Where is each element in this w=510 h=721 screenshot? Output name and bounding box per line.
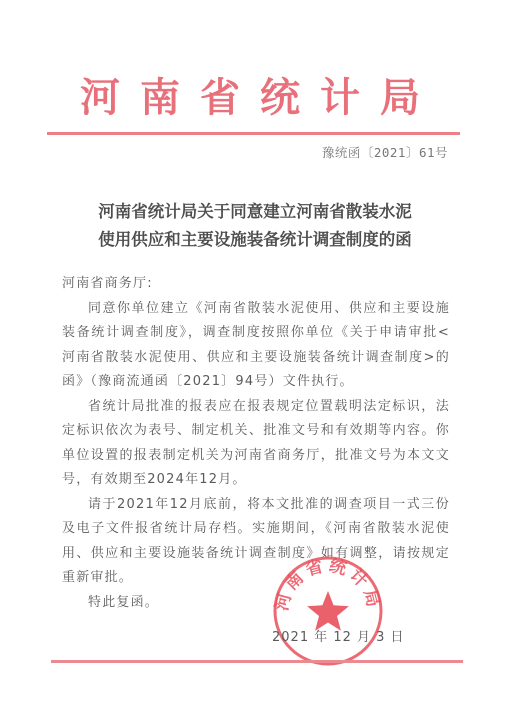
masthead-char: 南 [140, 73, 180, 123]
signature-date: 2021 年 12 月 3 日 [272, 626, 405, 645]
body-paragraph: 省统计局批准的报表应在报表规定位置载明法定标识，法定标识依次为表号、制定机关、批… [62, 395, 450, 493]
header-red-rule [47, 132, 460, 135]
masthead-char: 计 [320, 73, 360, 123]
body-paragraph: 请于2021年12月底前，将本文批准的调查项目一式三份及电子文件报省统计局存档。… [62, 493, 450, 591]
document-number: 豫统函〔2021〕61号 [322, 143, 448, 161]
masthead-char: 局 [380, 73, 420, 123]
title-line-1: 河南省统计局关于同意建立河南省散装水泥 [0, 198, 510, 226]
masthead-char: 统 [260, 73, 300, 123]
document-title: 河南省统计局关于同意建立河南省散装水泥 使用供应和主要设施装备统计调查制度的函 [0, 198, 510, 254]
footer-red-rule [51, 660, 463, 663]
star-icon [307, 591, 349, 631]
body-paragraph: 同意你单位建立《河南省散装水泥使用、供应和主要设施装备统计调查制度》，调查制度按… [62, 297, 450, 395]
salutation: 河南省商务厅: [62, 272, 450, 297]
masthead-char: 省 [200, 73, 240, 123]
closing-line: 特此复函。 [62, 591, 450, 616]
title-line-2: 使用供应和主要设施装备统计调查制度的函 [0, 226, 510, 254]
issuing-authority-masthead: 河 南 省 统 计 局 [80, 73, 420, 123]
masthead-char: 河 [80, 73, 120, 123]
official-seal-icon: 河南省统计局 [272, 555, 384, 667]
document-body: 河南省商务厅: 同意你单位建立《河南省散装水泥使用、供应和主要设施装备统计调查制… [62, 272, 450, 615]
